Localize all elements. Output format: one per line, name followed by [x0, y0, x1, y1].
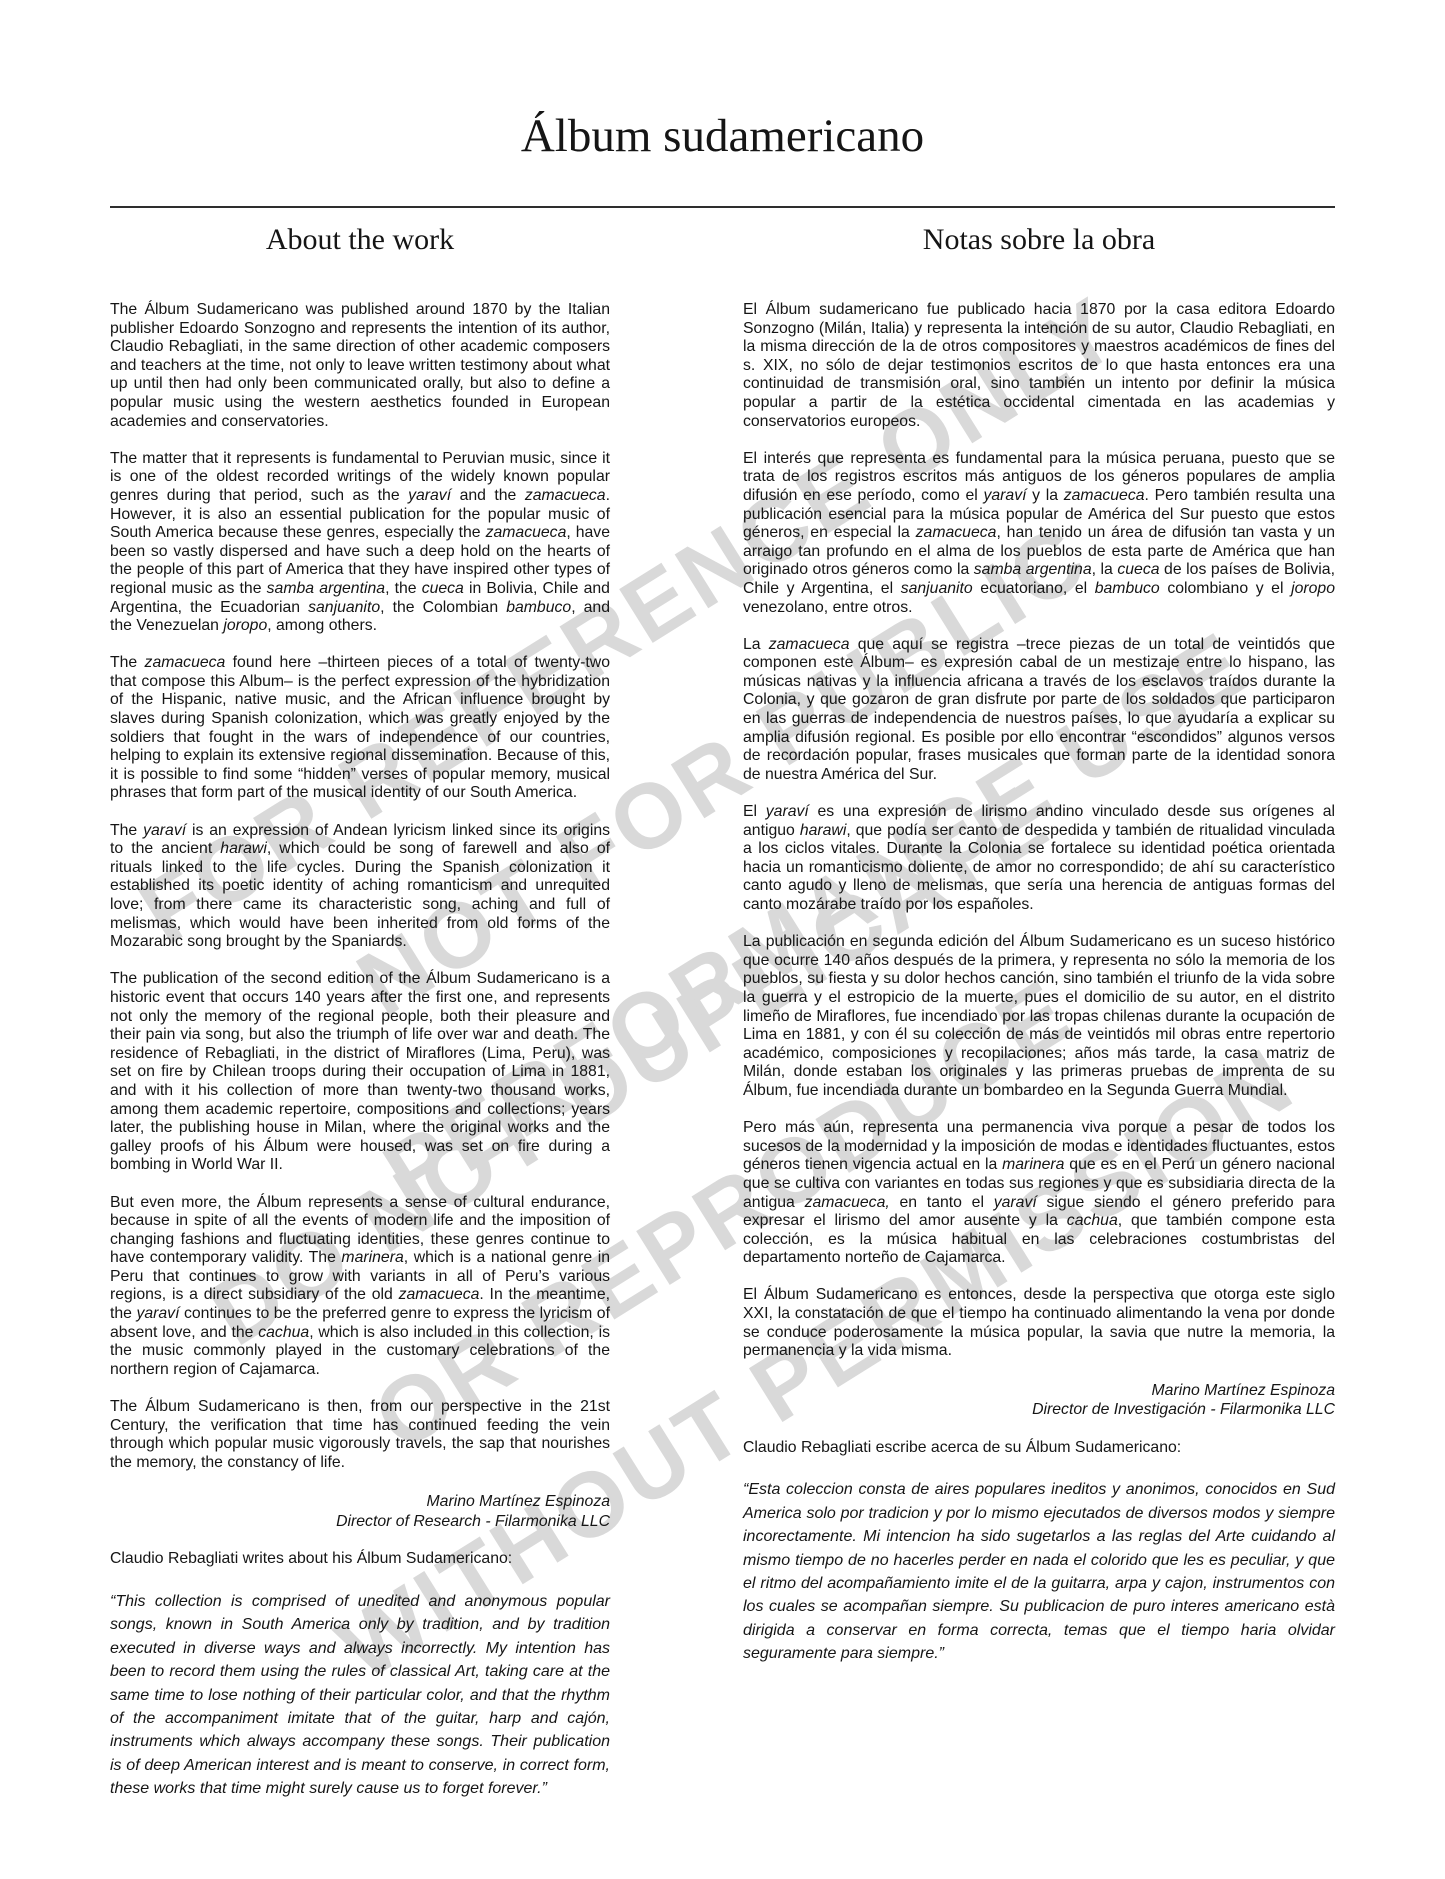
body-paragraph: Pero más aún, representa una permanencia…	[743, 1119, 1335, 1268]
body-paragraph: The zamacueca found here –thirteen piece…	[110, 654, 610, 803]
body-paragraph: El yaraví es una expresión de lirismo an…	[743, 803, 1335, 915]
column-heading-english: About the work	[110, 222, 610, 258]
signature-block: Marino Martínez EspinozaDirector de Inve…	[743, 1381, 1335, 1420]
body-paragraph: The Álbum Sudamericano was published aro…	[110, 301, 610, 431]
body-paragraph: The Álbum Sudamericano is then, from our…	[110, 1398, 610, 1472]
composer-quote: “This collection is comprised of unedite…	[110, 1590, 610, 1801]
column-english: About the work The Álbum Sudamericano wa…	[110, 222, 610, 1801]
column-body-spanish: El Álbum sudamericano fue publicado haci…	[743, 301, 1335, 1666]
column-spanish: Notas sobre la obra El Álbum sudamerican…	[743, 222, 1335, 1801]
quote-intro: Claudio Rebagliati writes about his Álbu…	[110, 1550, 610, 1569]
body-paragraph: La zamacueca que aquí se registra –trece…	[743, 636, 1335, 785]
page-title: Álbum sudamericano	[110, 108, 1335, 164]
body-paragraph: The yaraví is an expression of Andean ly…	[110, 822, 610, 952]
signature-block: Marino Martínez EspinozaDirector of Rese…	[110, 1492, 610, 1531]
column-body-english: The Álbum Sudamericano was published aro…	[110, 301, 610, 1801]
body-paragraph: La publicación en segunda edición del Ál…	[743, 933, 1335, 1100]
body-paragraph: But even more, the Álbum represents a se…	[110, 1194, 610, 1380]
column-heading-spanish: Notas sobre la obra	[743, 222, 1335, 258]
body-paragraph: El interés que representa es fundamental…	[743, 450, 1335, 617]
composer-quote: “Esta coleccion consta de aires populare…	[743, 1478, 1335, 1665]
body-paragraph: El Álbum Sudamericano es entonces, desde…	[743, 1286, 1335, 1360]
document-page: Álbum sudamericano About the work The Ál…	[0, 108, 1445, 1801]
two-column-layout: About the work The Álbum Sudamericano wa…	[110, 222, 1335, 1801]
body-paragraph: The publication of the second edition of…	[110, 970, 610, 1175]
title-rule	[110, 206, 1335, 208]
body-paragraph: El Álbum sudamericano fue publicado haci…	[743, 301, 1335, 431]
quote-intro: Claudio Rebagliati escribe acerca de su …	[743, 1439, 1335, 1458]
body-paragraph: The matter that it represents is fundame…	[110, 450, 610, 636]
